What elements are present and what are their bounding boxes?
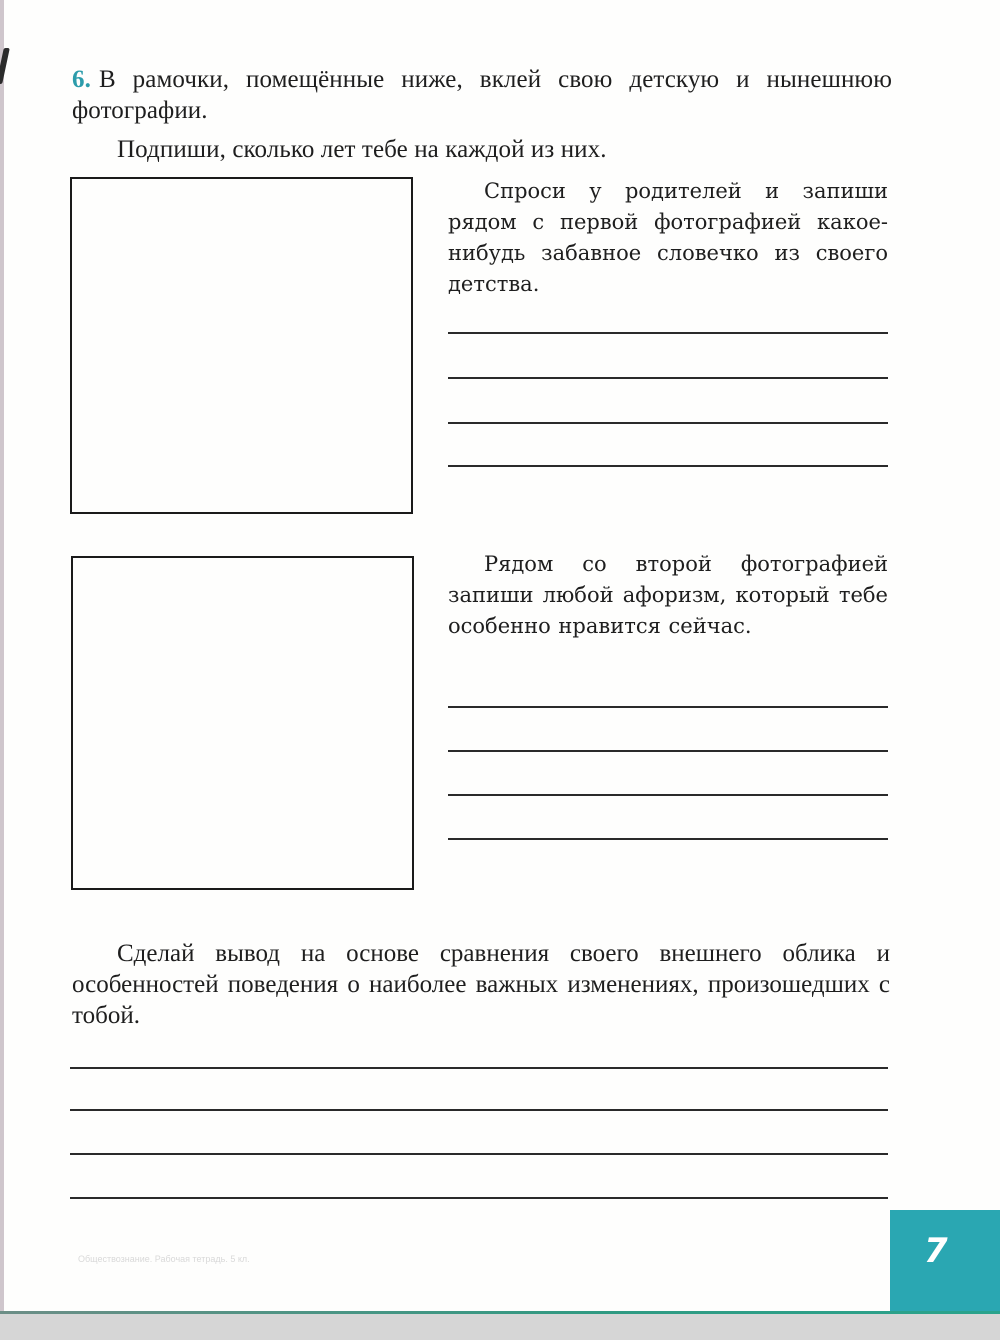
- task-number: 6.: [72, 66, 91, 93]
- task-subinstruction: Подпиши, сколько лет тебе на каждой из н…: [72, 134, 892, 165]
- answer-line-1-3[interactable]: [448, 422, 888, 424]
- answer-line-1-1[interactable]: [448, 332, 888, 334]
- scan-background: [0, 1314, 1000, 1340]
- task-heading: 6.В рамочки, помещённые ниже, вклей свою…: [72, 64, 892, 165]
- conclusion-prompt: Сделай вывод на основе сравнения своего …: [72, 938, 890, 1031]
- answer-line-1-2[interactable]: [448, 377, 888, 379]
- aphorism-prompt: Рядом со второй фотографией запиши любой…: [448, 549, 888, 642]
- answer-line-2-1[interactable]: [448, 706, 888, 708]
- task-instruction-text: В рамочки, помещённые ниже, вклей свою д…: [72, 66, 892, 124]
- page-number: 7: [924, 1231, 948, 1271]
- answer-line-2-4[interactable]: [448, 838, 888, 840]
- conclusion-text: Сделай вывод на основе сравнения своего …: [72, 938, 890, 1031]
- conclusion-line-4[interactable]: [70, 1197, 888, 1199]
- footer-note: Обществознание. Рабочая тетрадь. 5 кл.: [78, 1254, 250, 1264]
- conclusion-line-1[interactable]: [70, 1067, 888, 1069]
- conclusion-line-3[interactable]: [70, 1153, 888, 1155]
- task-instruction: 6.В рамочки, помещённые ниже, вклей свою…: [72, 64, 892, 126]
- answer-line-1-4[interactable]: [448, 465, 888, 467]
- conclusion-line-2[interactable]: [70, 1109, 888, 1111]
- childhood-photo-frame[interactable]: [70, 177, 413, 514]
- current-photo-frame[interactable]: [71, 556, 414, 890]
- prompt-text: Спроси у родителей и запиши рядом с перв…: [448, 176, 888, 300]
- childhood-word-prompt: Спроси у родителей и запиши рядом с перв…: [448, 176, 888, 300]
- answer-line-2-2[interactable]: [448, 750, 888, 752]
- page-edge: [0, 0, 4, 1314]
- answer-line-2-3[interactable]: [448, 794, 888, 796]
- prompt-text: Рядом со второй фотографией запиши любой…: [448, 549, 888, 642]
